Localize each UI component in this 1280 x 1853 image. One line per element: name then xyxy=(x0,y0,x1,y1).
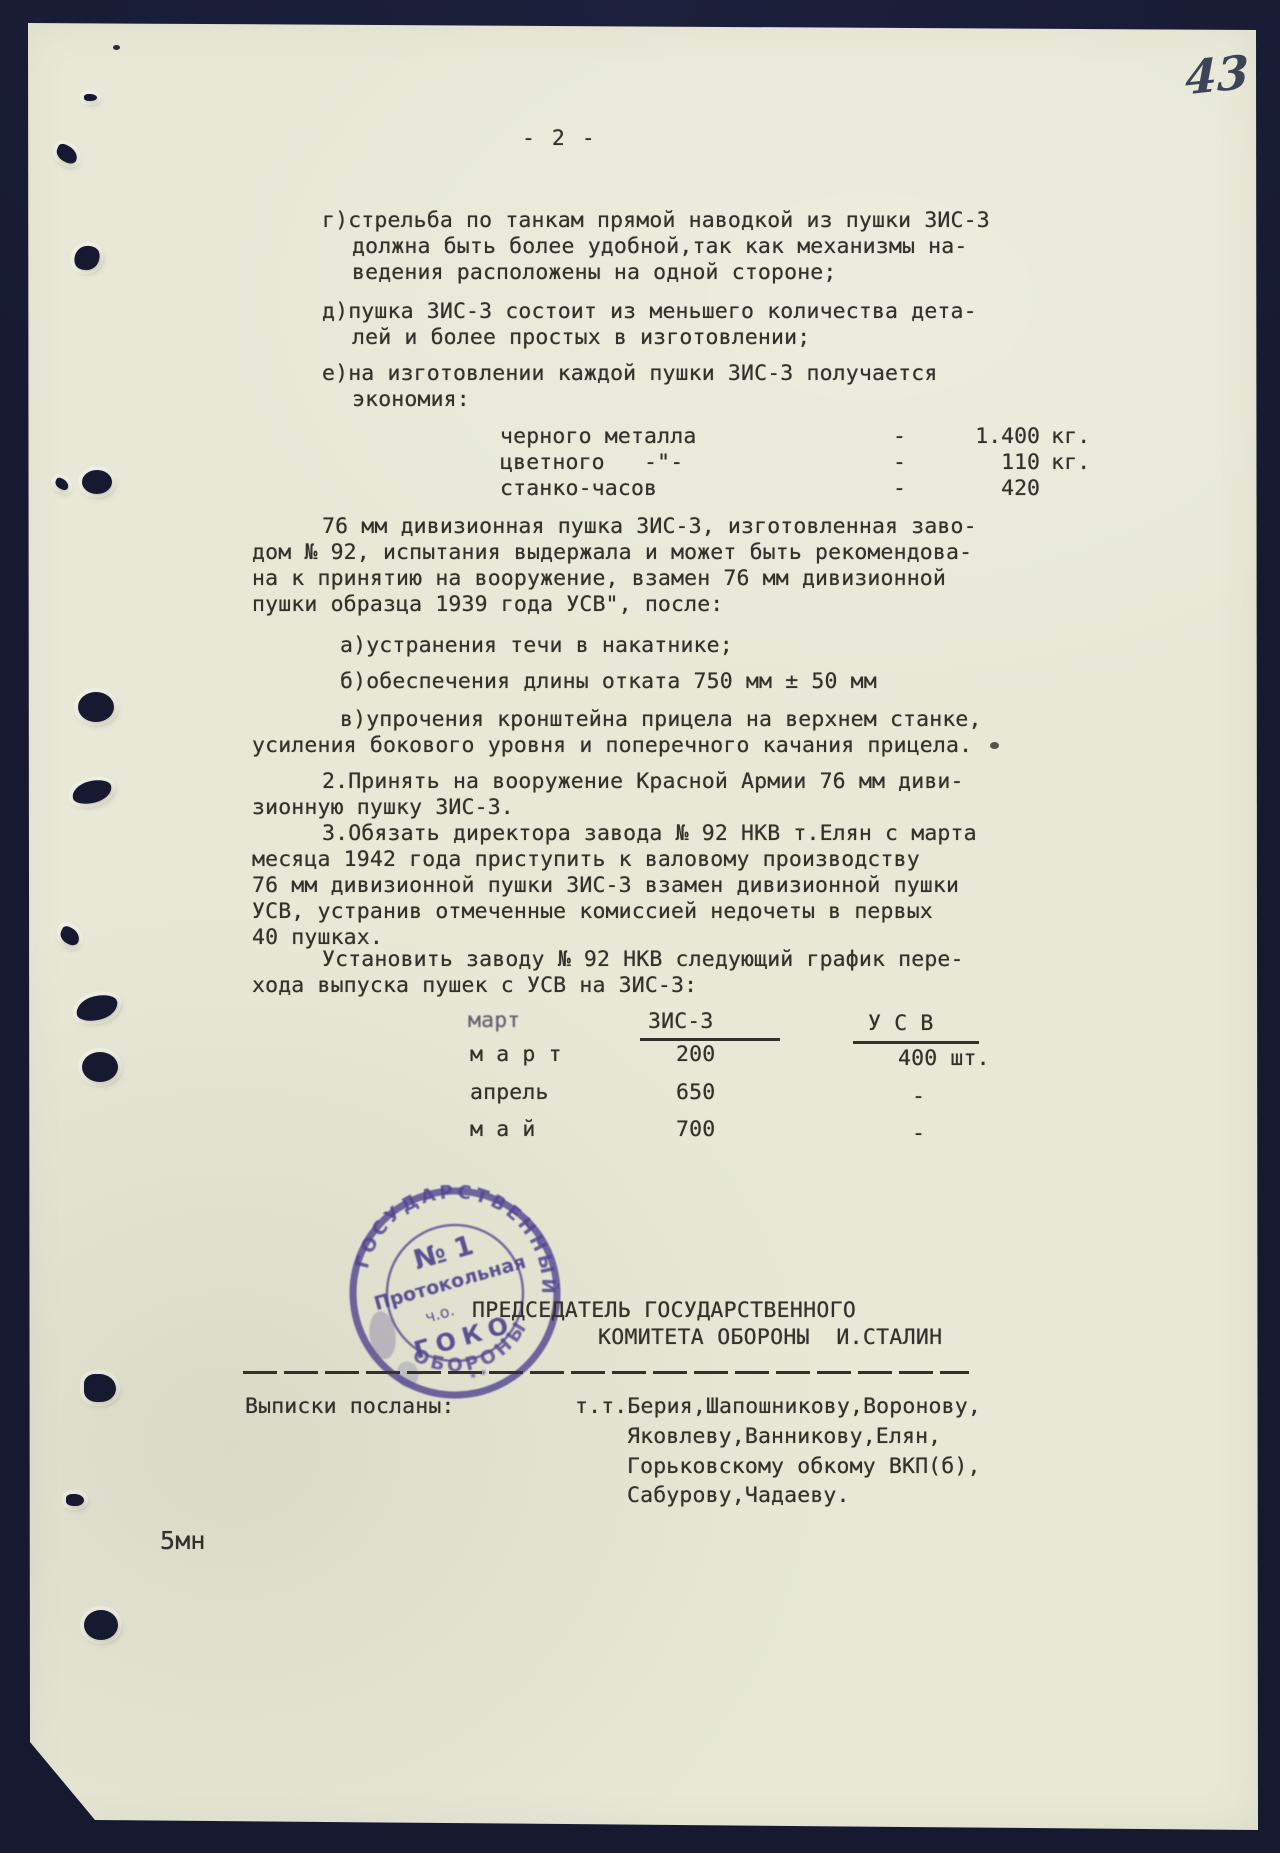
punch-hole xyxy=(54,142,81,166)
para3-line: 76 мм дивизионной пушки ЗИС-3 взамен див… xyxy=(252,873,959,899)
para2-line: 2.Принять на вооружение Красной Армии 76… xyxy=(322,769,964,795)
gko-round-stamp: ГОСУДАРСТВЕННЫЙ КОМИТЕТ ОБОРОНЫ № 1 Прот… xyxy=(327,1165,583,1421)
punch-hole xyxy=(84,1610,118,1640)
clause-d-line: д)пушка ЗИС-3 состоит из меньшего количе… xyxy=(322,299,977,325)
schedule-col-usv: У С В xyxy=(868,1011,933,1037)
punch-hole xyxy=(58,925,83,948)
savings-dash: - xyxy=(893,424,906,450)
para3-line: месяца 1942 года приступить к валовому п… xyxy=(252,847,920,873)
clause-d-line: лей и более простых в изготовлении; xyxy=(352,325,810,351)
schedule-zis3: 200 xyxy=(676,1042,715,1068)
usv-underline xyxy=(853,1041,979,1044)
punch-hole xyxy=(72,244,102,273)
savings-value: 1.400 xyxy=(940,424,1040,450)
signature-line: ПРЕДСЕДАТЕЛЬ ГОСУДАРСТВЕННОГО xyxy=(472,1298,856,1324)
sub-v-line: в)упрочения кронштейна прицела на верхне… xyxy=(340,707,982,733)
clause-e-line: экономия: xyxy=(352,387,470,413)
stamp-cho-line: ч.о. xyxy=(423,1300,457,1326)
para1-line: 76 мм дивизионная пушка ЗИС-3, изготовле… xyxy=(322,514,977,540)
punch-hole xyxy=(78,692,114,722)
para4-line: Установить заводу № 92 НКВ следующий гра… xyxy=(322,947,964,973)
paper-speck xyxy=(113,45,120,50)
para2-line: зионную пушку ЗИС-3. xyxy=(252,795,514,821)
punch-hole xyxy=(82,470,112,494)
folio-number: 43 xyxy=(1185,45,1249,106)
document-page: - 2 - 43 г)стрельба по танкам прямой нав… xyxy=(0,0,1280,1853)
para1-line: дом № 92, испытания выдержала и может бы… xyxy=(252,540,972,566)
savings-dash: - xyxy=(893,450,906,476)
schedule-month: апрель xyxy=(470,1080,549,1106)
savings-name: станко-часов xyxy=(500,476,657,502)
punch-hole xyxy=(84,1374,116,1402)
para4-line: хода выпуска пушек с УСВ на ЗИС-3: xyxy=(252,973,697,999)
punch-hole xyxy=(82,1052,118,1082)
sub-b-line: б)обеспечения длины отката 750 мм ± 50 м… xyxy=(340,669,877,695)
copies-recipients-line: Горьковскому обкому ВКП(б), xyxy=(627,1454,981,1480)
copies-recipients-line: Яковлеву,Ванникову,Елян, xyxy=(627,1424,941,1450)
sub-a-line: а)устранения течи в накатнике; xyxy=(340,633,733,659)
schedule-usv: - xyxy=(912,1121,925,1147)
savings-value: 420 xyxy=(940,476,1040,502)
archive-mark: 5мн xyxy=(160,1528,206,1554)
clause-e-line: е)на изготовлении каждой пушки ЗИС-3 пол… xyxy=(322,361,937,387)
punch-hole xyxy=(74,992,120,1024)
para3-line: 3.Обязать директора завода № 92 НКВ т.Ел… xyxy=(322,821,977,847)
punch-hole xyxy=(66,1494,84,1506)
savings-name: черного металла xyxy=(500,424,696,450)
schedule-month: м а р т xyxy=(470,1042,562,1068)
signature-divider xyxy=(243,1371,969,1374)
page-number: - 2 - xyxy=(522,126,597,152)
para1-line: на к принятию на вооружение, взамен 76 м… xyxy=(252,566,946,592)
punch-hole xyxy=(84,94,97,101)
scan-background: - 2 - 43 г)стрельба по танкам прямой нав… xyxy=(0,0,1280,1853)
savings-name: цветного -"- xyxy=(500,450,683,476)
para3-line: УСВ, устранив отмеченные комиссией недоч… xyxy=(252,899,933,925)
schedule-usv: - xyxy=(912,1084,925,1110)
savings-dash: - xyxy=(893,476,906,502)
clause-g-line: г)стрельба по танкам прямой наводкой из … xyxy=(322,208,990,234)
punch-hole xyxy=(54,477,71,492)
savings-value: 110 xyxy=(940,450,1040,476)
ink-blot xyxy=(990,742,999,749)
punch-hole xyxy=(70,777,114,807)
zis3-underline xyxy=(640,1038,780,1041)
clause-g-line: ведения расположены на одной стороне; xyxy=(352,260,836,286)
signature-line: КОМИТЕТА ОБОРОНЫ И.СТАЛИН xyxy=(598,1325,942,1351)
schedule-usv: 400 шт. xyxy=(898,1046,990,1072)
copies-recipients-line: Сабурову,Чадаеву. xyxy=(627,1483,850,1509)
savings-unit: кг. xyxy=(1051,450,1090,476)
copies-recipients-line: т.т.Берия,Шапошникову,Воронову, xyxy=(575,1394,981,1420)
schedule-month: м а й xyxy=(470,1117,535,1143)
sub-v-line: усиления бокового уровня и поперечного к… xyxy=(252,733,972,759)
para1-line: пушки образца 1939 года УСВ", после: xyxy=(252,592,723,618)
schedule-col-zis3: ЗИС-3 xyxy=(648,1009,713,1035)
schedule-zis3: 650 xyxy=(676,1080,715,1106)
clause-g-line: должна быть более удобной,так как механи… xyxy=(352,234,967,260)
schedule-ghost-label: март xyxy=(468,1008,520,1034)
savings-unit: кг. xyxy=(1051,424,1090,450)
schedule-zis3: 700 xyxy=(676,1117,715,1143)
copies-label: Выписки посланы: xyxy=(245,1394,455,1420)
